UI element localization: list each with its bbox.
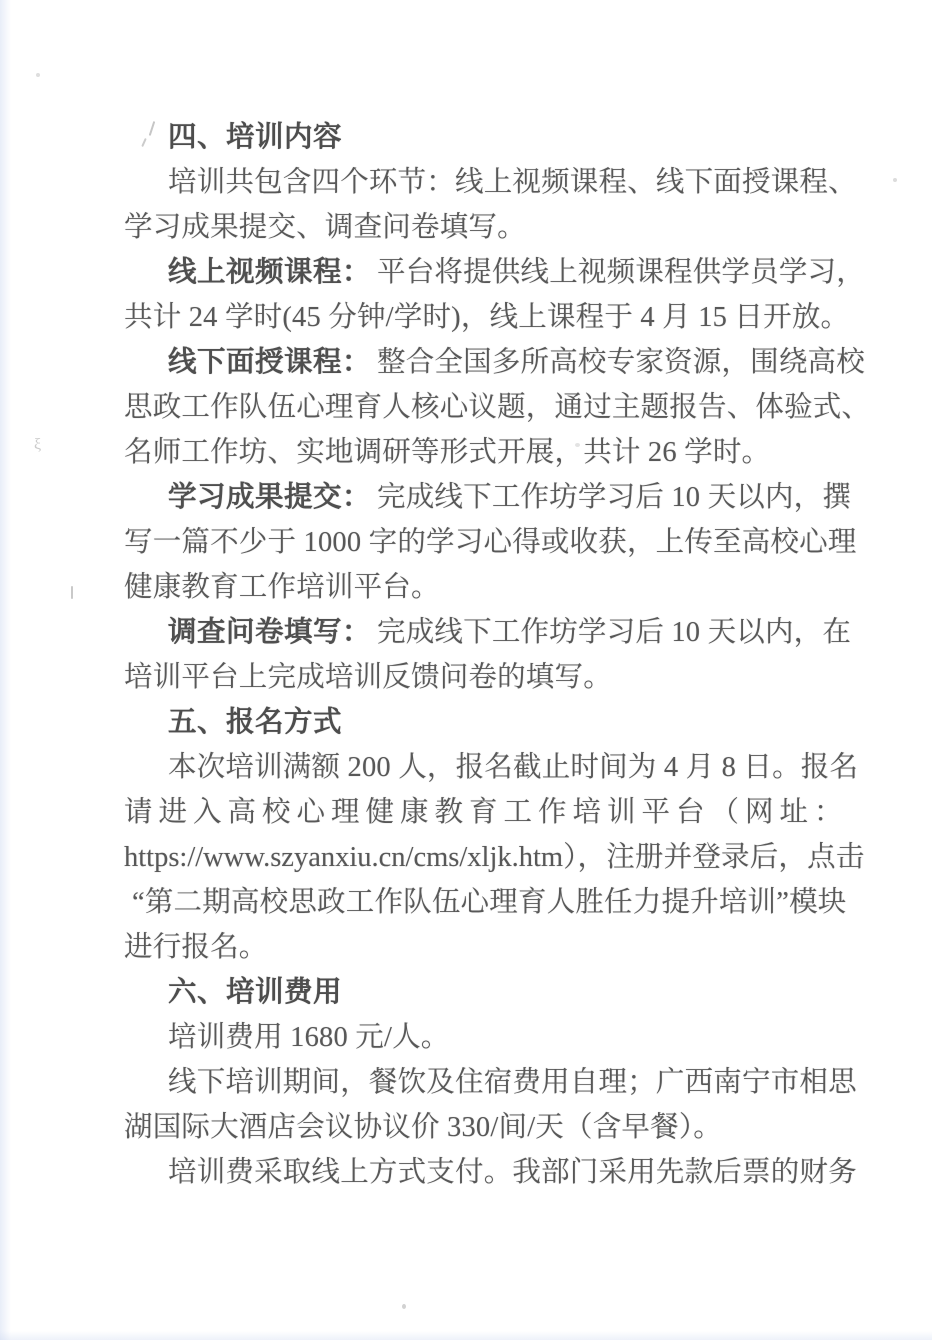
submit-result-line-3: 健康教育工作培训平台。 xyxy=(124,565,860,610)
offline-course-text: 整合全国多所高校专家资源，围绕高校 xyxy=(377,347,865,378)
registration-line-3: https://www.szyanxiu.cn/cms/xljk.htm），注册… xyxy=(124,835,860,880)
section-4-intro-line-2: 学习成果提交、调查问卷填写。 xyxy=(124,205,860,250)
online-course-text: 平台将提供线上视频课程供学员学习， xyxy=(377,257,865,288)
offline-course-line-3: 名师工作坊、实地调研等形式开展，共计 26 学时。 xyxy=(124,430,860,475)
scanned-document-page: ξ 四、培训内容 培训共包含四个环节：线上视频课程、线下面授课程、 学习成果提交… xyxy=(0,0,932,1340)
submit-result-label: 学习成果提交： xyxy=(168,481,371,513)
scan-artifact-mark: ξ xyxy=(34,436,41,454)
submit-result-line-2: 写一篇不少于 1000 字的学习心得或收获，上传至高校心理 xyxy=(124,520,860,565)
registration-line-5: 进行报名。 xyxy=(124,925,860,970)
registration-line-4: “第二期高校思政工作队伍心理育人胜任力提升培训”模块 xyxy=(124,880,860,925)
section-6-heading: 六、培训费用 xyxy=(124,970,860,1015)
online-course-line-2: 共计 24 学时(45 分钟/学时)，线上课程于 4 月 15 日开放。 xyxy=(124,295,860,340)
platform-url: https://www.szyanxiu.cn/cms/xljk.htm xyxy=(124,842,563,873)
document-body: 四、培训内容 培训共包含四个环节：线上视频课程、线下面授课程、 学习成果提交、调… xyxy=(124,115,860,1195)
survey-label: 调查问卷填写： xyxy=(168,616,371,648)
registration-line-2: 请进入高校心理健康教育工作培训平台（网址： xyxy=(124,790,860,835)
fee-line-1: 培训费用 1680 元/人。 xyxy=(124,1015,860,1060)
survey-line-2: 培训平台上完成培训反馈问卷的填写。 xyxy=(124,655,860,700)
section-4-heading: 四、培训内容 xyxy=(124,115,860,160)
scan-artifact-tick xyxy=(71,586,73,599)
submit-result-line-1: 学习成果提交：完成线下工作坊学习后 10 天以内，撰 xyxy=(124,475,860,520)
offline-course-label: 线下面授课程： xyxy=(168,346,371,378)
survey-text: 完成线下工作坊学习后 10 天以内，在 xyxy=(377,617,851,648)
scan-artifact-speck xyxy=(402,1304,406,1309)
submit-result-text: 完成线下工作坊学习后 10 天以内，撰 xyxy=(377,482,851,513)
scan-edge-tint-bottom xyxy=(0,1331,932,1340)
offline-course-line-2: 思政工作队伍心理育人核心议题，通过主题报告、体验式、 xyxy=(124,385,860,430)
online-course-line-1: 线上视频课程：平台将提供线上视频课程供学员学习， xyxy=(124,250,860,295)
scan-edge-tint-left xyxy=(0,0,11,1340)
section-5-heading: 五、报名方式 xyxy=(124,700,860,745)
scan-artifact-speck xyxy=(36,73,40,77)
survey-line-1: 调查问卷填写：完成线下工作坊学习后 10 天以内，在 xyxy=(124,610,860,655)
registration-line-3-rest: ），注册并登录后，点击 xyxy=(563,842,864,873)
offline-course-line-1: 线下面授课程：整合全国多所高校专家资源，围绕高校 xyxy=(124,340,860,385)
online-course-label: 线上视频课程： xyxy=(168,256,371,288)
fee-line-3: 湖国际大酒店会议协议价 330/间/天（含早餐）。 xyxy=(124,1105,860,1150)
registration-line-1: 本次培训满额 200 人，报名截止时间为 4 月 8 日。报名 xyxy=(124,745,860,790)
scan-artifact-speck xyxy=(893,178,897,182)
fee-line-4: 培训费采取线上方式支付。我部门采用先款后票的财务 xyxy=(124,1150,860,1195)
section-4-intro-line-1: 培训共包含四个环节：线上视频课程、线下面授课程、 xyxy=(124,160,860,205)
fee-line-2: 线下培训期间，餐饮及住宿费用自理；广西南宁市相思 xyxy=(124,1060,860,1105)
